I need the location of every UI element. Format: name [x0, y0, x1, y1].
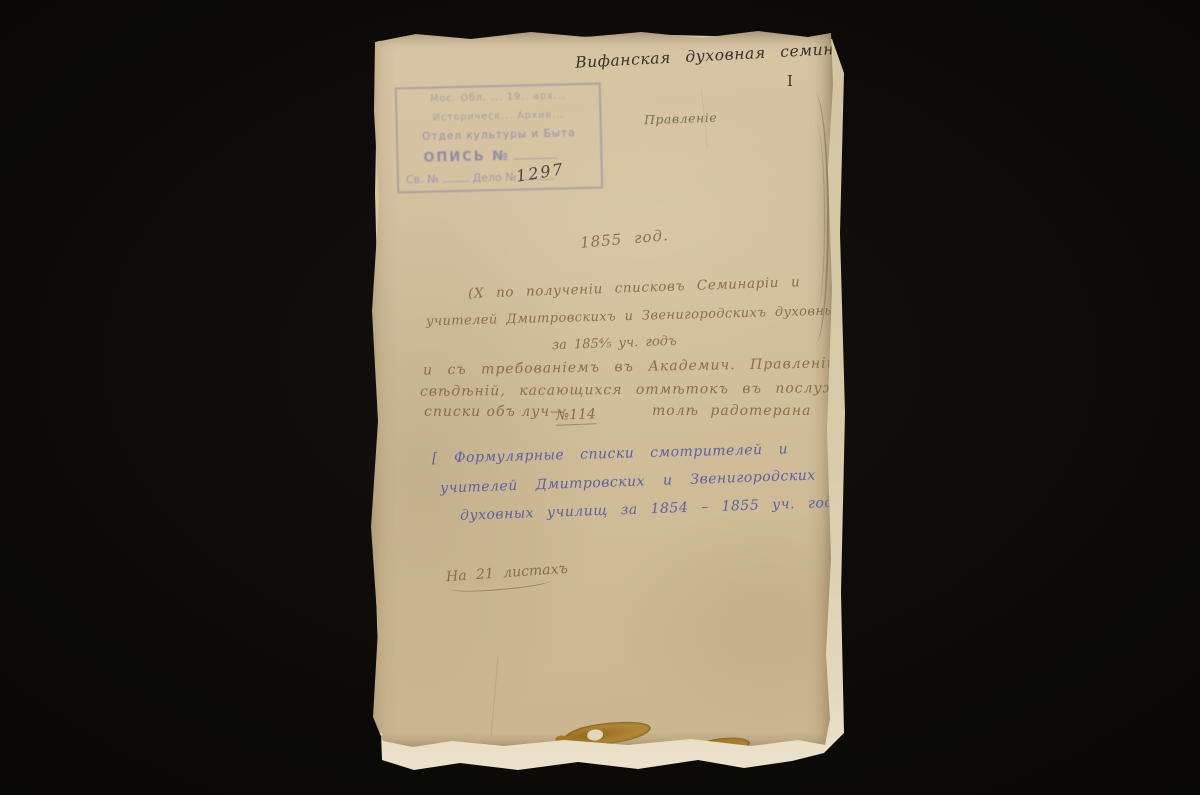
archivist-note-line: духовных училищ за 1854 – 1855 уч. год ] [460, 494, 853, 524]
inscription-line: списки объ луч— [424, 404, 565, 420]
stamp-sv-label: Св. № [406, 172, 439, 186]
archivist-note-line: [ Формулярные списки смотрителей и [432, 441, 788, 466]
stamp-opis-label: ОПИСЬ № [423, 148, 510, 165]
stamp-department-line: Отдел культуры и Быта [405, 127, 593, 144]
archivist-note-line: учителей Дмитровских и Звенигородских [440, 467, 816, 496]
corner-fold [366, 718, 383, 746]
folder-cover: Вифанская духовная семинарія I Правленіе… [366, 29, 834, 750]
stamp-blank-line [442, 173, 468, 183]
stamp-opis-line: ОПИСЬ № [405, 146, 593, 166]
inscription-line: толѣ радотерана [652, 403, 811, 419]
inscription-line: (Х по полученіи списковъ Семинаріи и [468, 274, 801, 302]
archival-document-photo: Вифанская духовная семинарія I Правленіе… [0, 0, 1200, 795]
inscription-line: за 185⁴⁄₅ уч. годъ [552, 334, 677, 353]
inscription-line: свѣдѣній, касающихся отмѣтокъ въ послуж. [420, 380, 845, 400]
volume-numeral: I [787, 72, 793, 90]
document-number: №114 [556, 406, 597, 425]
stamp-line: Историческ... Архив... [404, 108, 592, 124]
stamp-delo-label: Дело № [472, 171, 516, 185]
paper-crease [491, 657, 499, 737]
stamp-blank-line [514, 149, 558, 159]
stamp-line: Мос. Обл. ... 19.. арх... [404, 90, 592, 106]
year-heading: 1855 год. [579, 226, 669, 252]
seminary-inscription: Вифанская духовная семинарія [575, 38, 872, 71]
archive-stamp: Мос. Обл. ... 19.. арх... Историческ... … [395, 82, 604, 193]
office-note: Правленіе [644, 110, 718, 128]
inscription-line: и съ требованіемъ въ Академич. Правленіи [423, 355, 837, 378]
